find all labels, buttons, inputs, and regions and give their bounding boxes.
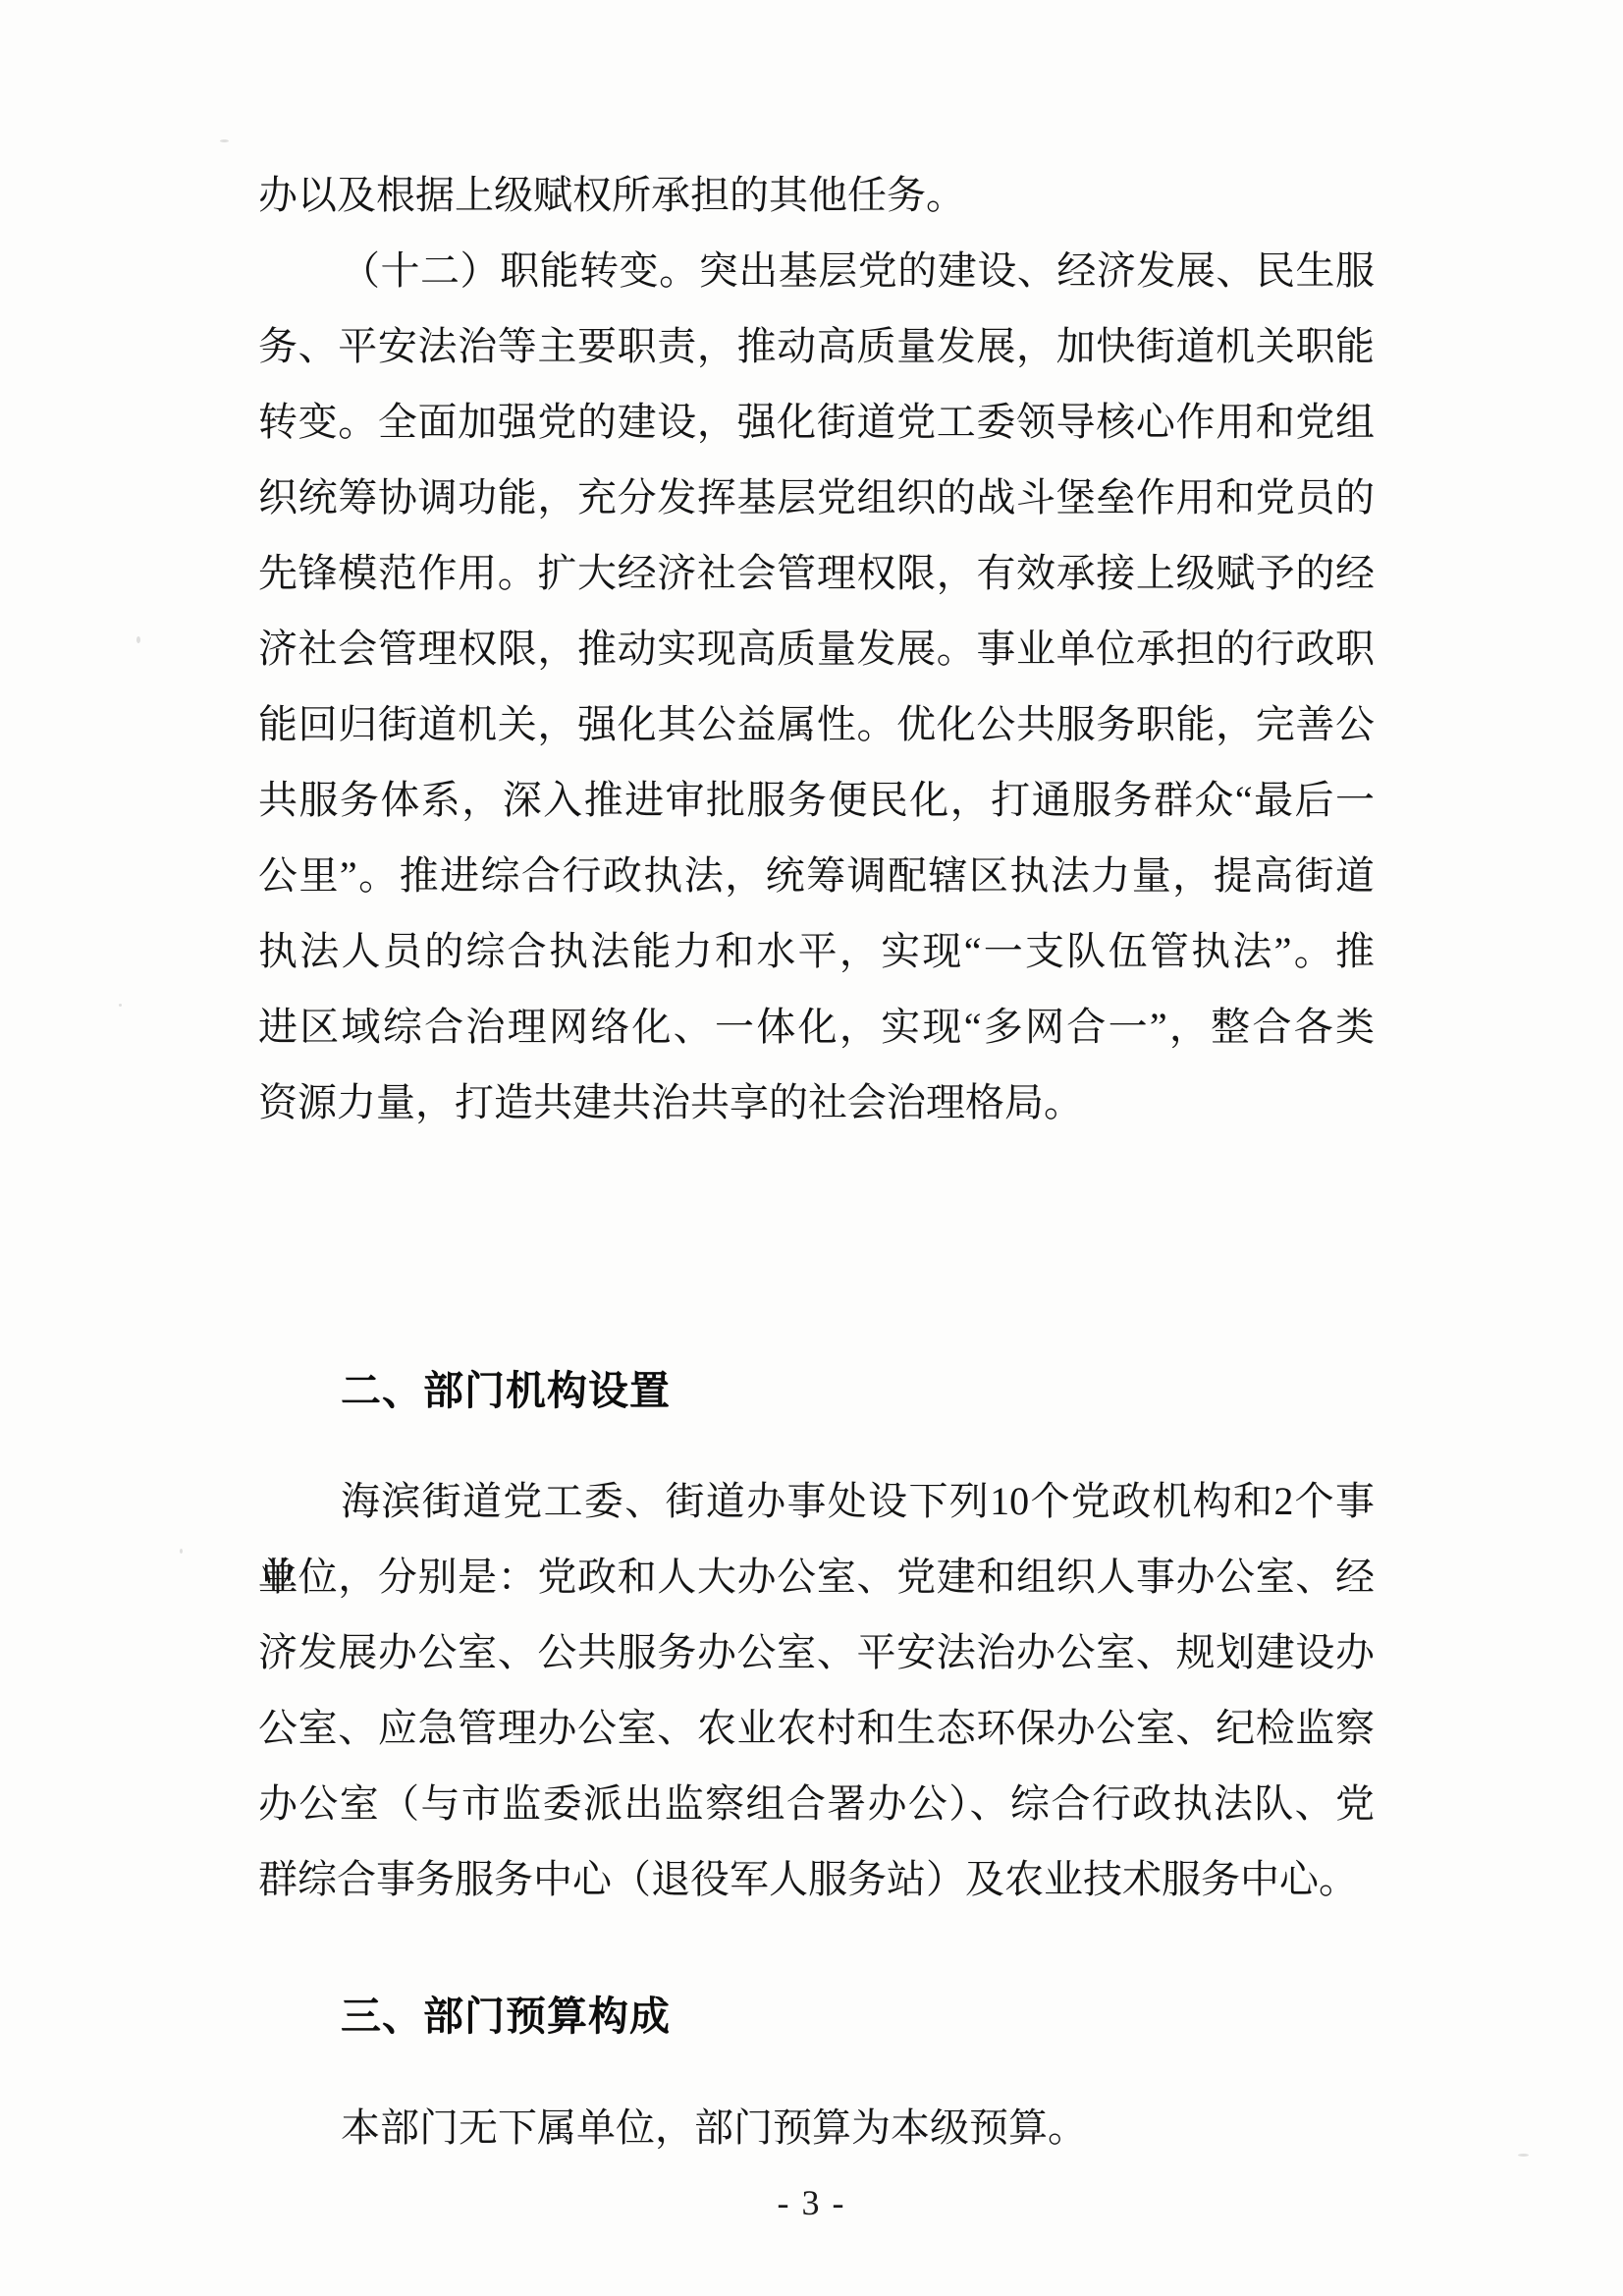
- body-line: 济发展办公室、公共服务办公室、平安法治办公室、规划建设办: [258, 1614, 1375, 1690]
- body-line: 济社会管理权限，推动实现高质量发展。事业单位承担的行政职: [258, 611, 1375, 686]
- paragraph-functions-transform: 办以及根据上级赋权所承担的其他任务。 （十二）职能转变。突出基层党的建设、经济发…: [258, 157, 1375, 1140]
- body-line: 公里”。推进综合行政执法，统筹调配辖区执法力量，提高街道: [258, 838, 1375, 913]
- body-line: 群综合事务服务中心（退役军人服务站）及农业技术服务中心。: [258, 1841, 1375, 1917]
- body-line: 织统筹协调功能，充分发挥基层党组织的战斗堡垒作用和党员的: [258, 460, 1375, 535]
- scan-speck: [180, 1549, 183, 1554]
- body-line: 进区域综合治理网络化、一体化，实现“多网合一”，整合各类: [258, 989, 1375, 1065]
- body-line: 能回归街道机关，强化其公益属性。优化公共服务职能，完善公: [258, 686, 1375, 762]
- body-line: 共服务体系，深入推进审批服务便民化，打通服务群众“最后一: [258, 762, 1375, 838]
- paragraph-organization-list: 海滨街道党工委、街道办事处设下列10个党政机构和2个事业 单位，分别是：党政和人…: [258, 1463, 1375, 1917]
- scan-speck: [119, 1004, 122, 1007]
- scan-speck: [220, 139, 229, 142]
- body-line: 执法人员的综合执法能力和水平，实现“一支队伍管执法”。推: [258, 913, 1375, 989]
- scanned-document-page: 办以及根据上级赋权所承担的其他任务。 （十二）职能转变。突出基层党的建设、经济发…: [0, 0, 1623, 2296]
- scan-speck: [1518, 2154, 1529, 2157]
- section-heading-organization: 二、部门机构设置: [341, 1358, 671, 1416]
- body-line: 务、平安法治等主要职责，推动高质量发展，加快街道机关职能: [258, 308, 1375, 384]
- body-line: （十二）职能转变。突出基层党的建设、经济发展、民生服: [258, 233, 1375, 308]
- body-line: 办以及根据上级赋权所承担的其他任务。: [258, 157, 1375, 233]
- body-line: 转变。全面加强党的建设，强化街道党工委领导核心作用和党组: [258, 384, 1375, 460]
- paragraph-budget-composition: 本部门无下属单位，部门预算为本级预算。: [258, 2090, 1375, 2165]
- body-line: 单位，分别是：党政和人大办公室、党建和组织人事办公室、经: [258, 1539, 1375, 1614]
- scan-speck: [136, 636, 140, 643]
- body-line: 先锋模范作用。扩大经济社会管理权限，有效承接上级赋予的经: [258, 535, 1375, 611]
- body-line: 公室、应急管理办公室、农业农村和生态环保办公室、纪检监察: [258, 1690, 1375, 1766]
- body-line: 本部门无下属单位，部门预算为本级预算。: [258, 2090, 1375, 2165]
- body-line: 海滨街道党工委、街道办事处设下列10个党政机构和2个事业: [258, 1463, 1375, 1539]
- section-heading-budget-composition: 三、部门预算构成: [341, 1984, 671, 2042]
- body-line: 资源力量，打造共建共治共享的社会治理格局。: [258, 1065, 1375, 1140]
- body-line: 办公室（与市监委派出监察组合署办公）、综合行政执法队、党: [258, 1766, 1375, 1841]
- page-number: - 3 -: [0, 2182, 1623, 2223]
